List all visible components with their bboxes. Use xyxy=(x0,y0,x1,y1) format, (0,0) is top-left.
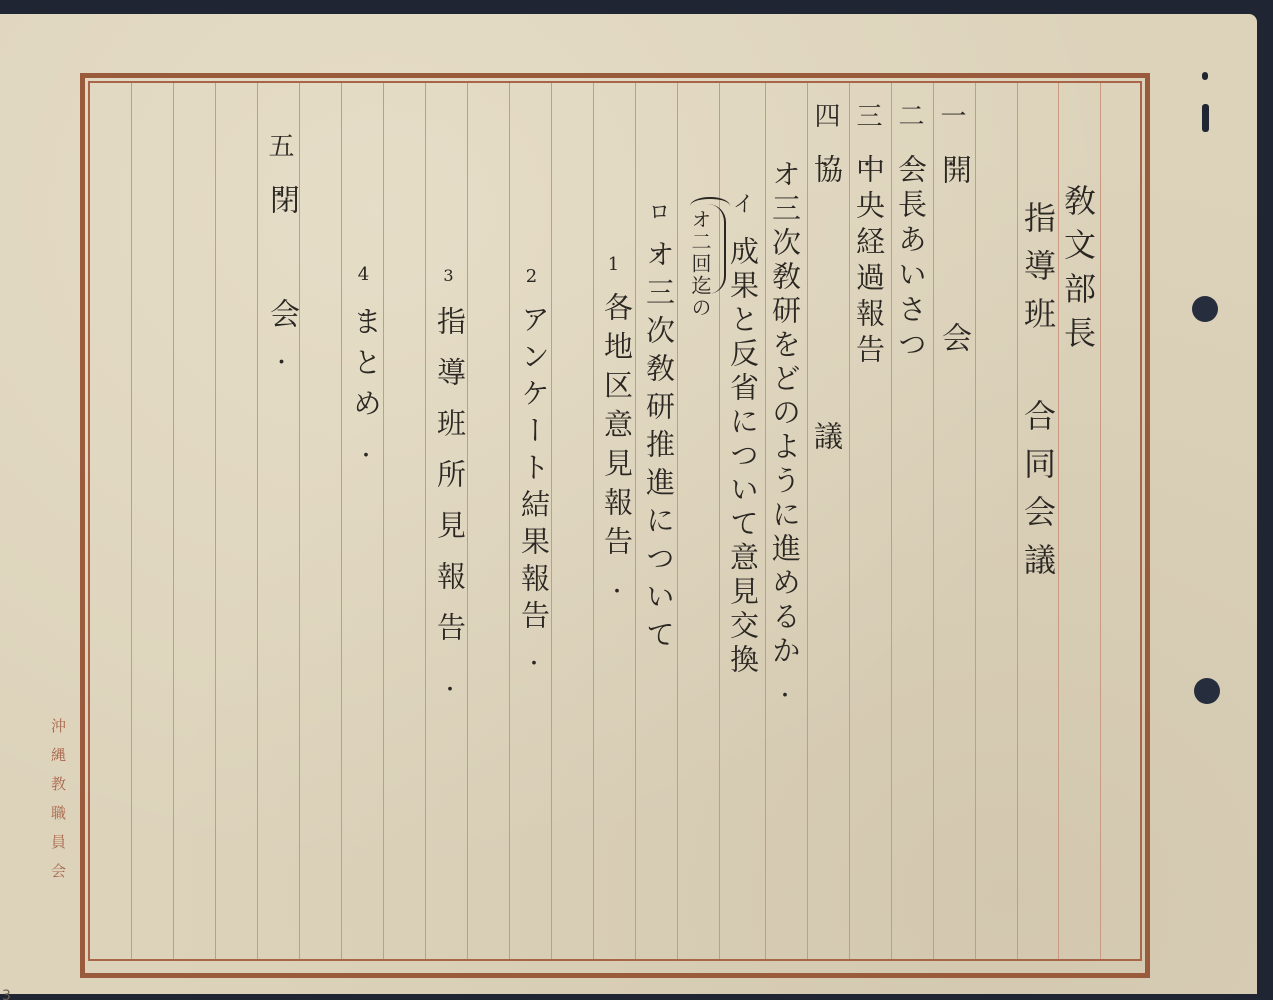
rule-line xyxy=(849,83,850,959)
item-i-text: 成果と反省について意見交換 xyxy=(728,236,757,678)
rule-line xyxy=(891,83,892,959)
rule-line xyxy=(933,83,934,959)
agenda-text-4: 協 議 xyxy=(812,154,841,510)
agenda-text-1: 開 会 xyxy=(938,154,968,364)
item-ro-text: オ三次敎研推進について xyxy=(644,239,673,657)
rule-line xyxy=(551,83,552,959)
rule-line xyxy=(299,83,300,959)
rule-line xyxy=(975,83,976,959)
rule-line xyxy=(1100,83,1101,959)
tear-mark xyxy=(1202,104,1209,132)
rule-line xyxy=(425,83,426,959)
rule-line xyxy=(341,83,342,959)
agenda-text-2: 会長あいさつ xyxy=(896,154,925,364)
subitem-4-text: まとめ. xyxy=(351,306,380,475)
punch-hole xyxy=(1194,678,1220,704)
footer-organization: 沖縄教職員会 xyxy=(48,718,69,892)
rule-line xyxy=(765,83,766,959)
rule-line xyxy=(383,83,384,959)
rule-line xyxy=(257,83,258,959)
subitem-1-text: 各地区意見報告. xyxy=(602,292,631,609)
agenda-text-3: 中央経過報告 xyxy=(854,154,883,370)
page-number: 3 xyxy=(2,988,11,1000)
rule-line xyxy=(1017,83,1018,959)
rule-line xyxy=(509,83,510,959)
rule-line xyxy=(173,83,174,959)
rule-line xyxy=(677,83,678,959)
discussion-topic: オ三次敎研をどのように進めるか. xyxy=(770,159,799,708)
rule-line xyxy=(635,83,636,959)
subitem-2-text: アンケート結果報告. xyxy=(519,304,548,679)
subitem-3-text: 指導班所見報告. xyxy=(435,306,464,719)
rule-line xyxy=(807,83,808,959)
rule-line xyxy=(131,83,132,959)
rule-line xyxy=(215,83,216,959)
punch-hole xyxy=(1192,296,1218,322)
annotation-text: オ二回迄の xyxy=(690,209,710,319)
rule-line xyxy=(467,83,468,959)
document-sheet: 敎文部長 指導班 合同会議 一. 開 会 二. 会長あいさつ 三. 中央経過報告… xyxy=(0,14,1257,994)
title-line-1: 敎文部長 xyxy=(1062,184,1094,360)
tear-mark xyxy=(1202,72,1208,80)
rule-line xyxy=(593,83,594,959)
closing-text: 閉 会. xyxy=(266,184,296,379)
title-line-2: 指導班 合同会議 xyxy=(1022,201,1054,591)
